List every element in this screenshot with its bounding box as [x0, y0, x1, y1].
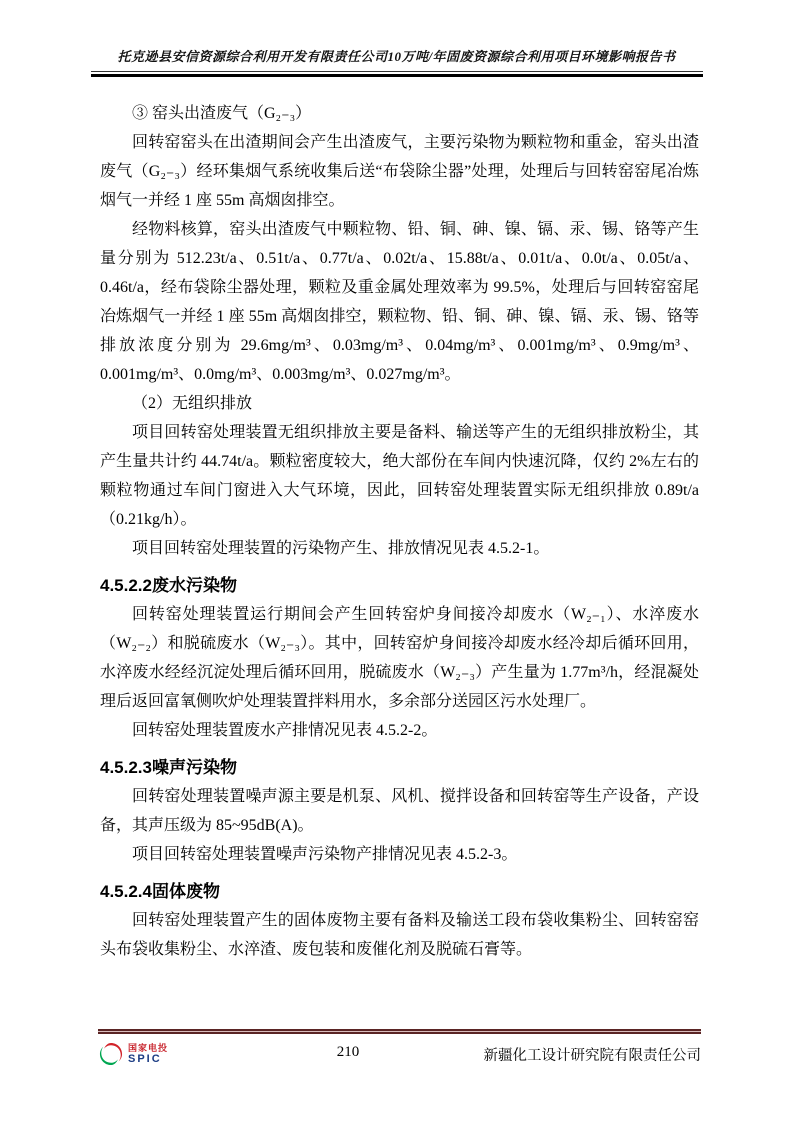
- para-table-ref-4521: 项目回转窑处理装置的污染物产生、排放情况见表 4.5.2-1。: [100, 534, 699, 563]
- header-title: 托克逊县安信资源综合利用开发有限责任公司10万吨/年固废资源综合利用项目环境影响…: [0, 46, 793, 65]
- footer-divider: [98, 1029, 701, 1034]
- para-table-ref-4522: 回转窑处理装置废水产排情况见表 4.5.2-2。: [100, 716, 699, 745]
- spic-swirl-icon: [98, 1041, 124, 1067]
- para-table-ref-4523: 项目回转窑处理装置噪声污染物产排情况见表 4.5.2-3。: [100, 840, 699, 869]
- spic-logo-text-cn: 国家电投: [128, 1044, 168, 1053]
- heading-noise-pollutants: 4.5.2.3噪声污染物: [100, 753, 699, 782]
- heading-solid-waste: 4.5.2.4固体废物: [100, 877, 699, 906]
- spic-logo-text: 国家电投 SPIC: [128, 1044, 168, 1065]
- footer-row: 国家电投 SPIC 210 新疆化工设计研究院有限责任公司: [98, 1041, 701, 1067]
- page-number: 210: [268, 1041, 428, 1061]
- para-kiln-head-gas-desc: 回转窑窑头在出渣期间会产生出渣废气，主要污染物为颗粒物和重金，窑头出渣废气（G₂…: [100, 128, 699, 215]
- document-page: 托克逊县安信资源综合利用开发有限责任公司10万吨/年固废资源综合利用项目环境影响…: [0, 0, 793, 1122]
- list-item-kiln-head-gas: ③ 窑头出渣废气（G₂₋₃）: [100, 99, 699, 128]
- para-fugitive-emission-desc: 项目回转窑处理装置无组织排放主要是备料、输送等产生的无组织排放粉尘，其产生量共计…: [100, 418, 699, 534]
- spic-logo: 国家电投 SPIC: [98, 1041, 268, 1067]
- para-solid-waste-desc: 回转窑处理装置产生的固体废物主要有备料及输送工段布袋收集粉尘、回转窑窑头布袋收集…: [100, 906, 699, 964]
- page-header: 托克逊县安信资源综合利用开发有限责任公司10万吨/年固废资源综合利用项目环境影响…: [0, 0, 793, 77]
- para-wastewater-desc: 回转窑处理装置运行期间会产生回转窑炉身间接冷却废水（W₂₋₁）、水淬废水（W₂₋…: [100, 600, 699, 716]
- para-noise-desc: 回转窑处理装置噪声源主要是机泵、风机、搅拌设备和回转窑等生产设备，产设备，其声压…: [100, 782, 699, 840]
- heading-wastewater-pollutants: 4.5.2.2废水污染物: [100, 571, 699, 600]
- para-material-balance: 经物料核算，窑头出渣废气中颗粒物、铅、铜、砷、镍、镉、汞、锡、铬等产生量分别为 …: [100, 215, 699, 389]
- list-item-fugitive-emission: （2）无组织排放: [100, 389, 699, 418]
- spic-logo-text-en: SPIC: [128, 1054, 168, 1065]
- document-body: ③ 窑头出渣废气（G₂₋₃） 回转窑窑头在出渣期间会产生出渣废气，主要污染物为颗…: [100, 99, 699, 964]
- footer-company-name: 新疆化工设计研究院有限责任公司: [428, 1041, 701, 1065]
- page-footer: 国家电投 SPIC 210 新疆化工设计研究院有限责任公司: [98, 1029, 701, 1067]
- header-divider: [91, 71, 703, 77]
